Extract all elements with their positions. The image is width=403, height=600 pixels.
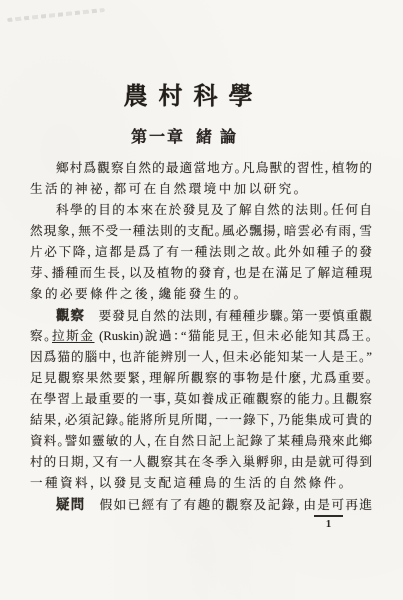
page-number-rule <box>314 515 343 517</box>
text-line: 村的日期，又有一人觀察其在冬季入巢孵卵，由是就可得到 <box>30 452 372 473</box>
run-text: 象的必要條件之後，纔能發生的。 <box>30 287 242 301</box>
run-text: (Ruskin)說過：“猫能見王，但未必能知其爲王。 <box>94 329 372 343</box>
text-line: 資料。譬如靈敏的人，在自然日記上記錄了某種鳥飛來此鄉 <box>30 431 372 452</box>
text-line: 察。拉斯金 (Ruskin)說過：“猫能見王，但未必能知其爲王。 <box>30 326 372 347</box>
text-line: 鄉村爲觀察自然的最適當地方。凡鳥獸的習性，植物的 <box>30 158 372 179</box>
text-line: 結果，必須記錄。能將所見所聞，一一錄下，乃能集成可貴的 <box>30 410 372 431</box>
book-page: 農村科學 第一章 緒 論 鄉村爲觀察自然的最適當地方。凡鳥獸的習性，植物的生活的… <box>0 0 403 600</box>
watermark-smudge <box>7 8 105 22</box>
text-line: 觀察 要發見自然的法則，有種種步驟。第一要慎重觀 <box>30 305 372 326</box>
text-line: 象的必要條件之後，纔能發生的。 <box>30 284 372 305</box>
run-text: 生活的神祕，都可在自然環境中加以研究。 <box>30 182 302 196</box>
body-text: 鄉村爲觀察自然的最適當地方。凡鳥獸的習性，植物的生活的神祕，都可在自然環境中加以… <box>30 158 372 515</box>
chapter-number: 第一章 <box>131 124 185 147</box>
run-text: 要發見自然的法則，有種種步驟。第一要慎重觀 <box>85 309 372 323</box>
text-line: 然現象，無不受一種法則的支配。風必飄揚，暗雲必有雨，雪 <box>30 221 372 242</box>
run-bold-header: 觀察 <box>56 308 85 323</box>
run-text: 因爲猫的腦中，也許能辨別一人，但未必能知某一人是王。” <box>30 350 372 364</box>
run-underlined-name: 拉斯金 <box>52 329 94 343</box>
run-text: 一種資料，以發見支配這種鳥的生活的自然條件。 <box>30 476 347 490</box>
text-line: 足見觀察果然要緊，理解所觀察的事物是什麼，尤爲重要。 <box>30 368 372 389</box>
run-text: 資料。譬如靈敏的人，在自然日記上記錄了某種鳥飛來此鄉 <box>30 434 372 448</box>
run-text: 科學的目的本來在於發見及了解自然的法則。任何自 <box>56 203 372 217</box>
text-line: 疑問 假如已經有了有趣的觀察及記錄，由是可再進 <box>30 494 372 515</box>
text-line: 生活的神祕，都可在自然環境中加以研究。 <box>30 179 372 200</box>
text-line: 芽、播種而生長，以及植物的發育，也是在滿足了解這種現 <box>30 263 372 284</box>
run-text: 村的日期，又有一人觀察其在冬季入巢孵卵，由是就可得到 <box>30 455 372 469</box>
text-line: 片必下降，這都是爲了有一種法則之故。此外如種子的發 <box>30 242 372 263</box>
chapter-heading: 第一章 緒 論 <box>0 124 386 147</box>
run-text: 察。 <box>30 329 52 343</box>
run-text: 在學習上最重要的一事，莫如養成正確觀察的能力。且觀察 <box>30 392 372 406</box>
run-bold-header: 疑問 <box>56 497 86 512</box>
text-line: 在學習上最重要的一事，莫如養成正確觀察的能力。且觀察 <box>30 389 372 410</box>
run-text: 鄉村爲觀察自然的最適當地方。凡鳥獸的習性，植物的 <box>56 161 372 175</box>
run-text: 足見觀察果然要緊，理解所觀察的事物是什麼，尤爲重要。 <box>30 371 372 385</box>
text-line: 一種資料，以發見支配這種鳥的生活的自然條件。 <box>30 473 372 494</box>
run-text: 片必下降，這都是爲了有一種法則之故。此外如種子的發 <box>30 245 372 259</box>
chapter-title: 緒 論 <box>196 124 238 147</box>
run-text: 芽、播種而生長，以及植物的發育，也是在滿足了解這種現 <box>30 266 372 280</box>
text-line: 因爲猫的腦中，也許能辨別一人，但未必能知某一人是王。” <box>30 347 372 368</box>
run-text: 結果，必須記錄。能將所見所聞，一一錄下，乃能集成可貴的 <box>30 413 372 427</box>
book-title: 農村科學 <box>0 76 395 111</box>
page-number: 1 <box>314 518 343 530</box>
text-line: 科學的目的本來在於發見及了解自然的法則。任何自 <box>30 200 372 221</box>
run-text: 假如已經有了有趣的觀察及記錄，由是可再進 <box>86 498 372 512</box>
run-text: 然現象，無不受一種法則的支配。風必飄揚，暗雲必有雨，雪 <box>30 224 372 238</box>
